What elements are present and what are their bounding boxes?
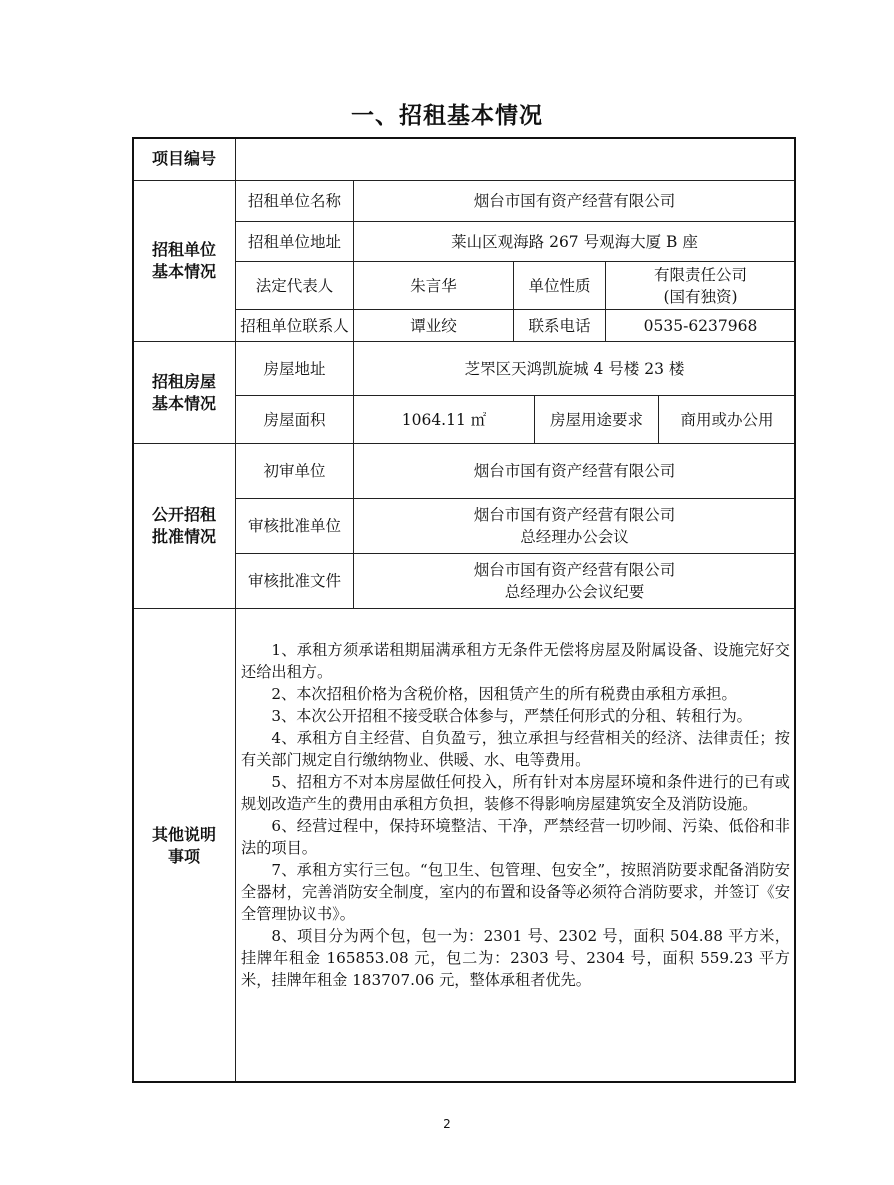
note-item: 1、承租方须承诺租期届满承租方无条件无偿将房屋及附属设备、设施完好交还给出租方。 [241, 639, 790, 683]
initial-review-value-text: 烟台市国有资产经营有限公司 [474, 460, 676, 482]
approval-doc-label-text: 审核批准文件 [248, 570, 341, 592]
project-code-value [235, 137, 796, 181]
note-item: 7、承租方实行三包。“包卫生、包管理、包安全”，按照消防要求配备消防安全器材，完… [241, 859, 790, 925]
contact-person-label-text: 招租单位联系人 [240, 315, 349, 337]
legal-rep-label-text: 法定代表人 [256, 275, 334, 297]
note-item: 6、经营过程中，保持环境整洁、干净，严禁经营一切吵闹、污染、低俗和非法的项目。 [241, 815, 790, 859]
approval-doc-value-line1: 烟台市国有资产经营有限公司 [474, 559, 676, 581]
contact-person-value: 谭业绞 [353, 309, 514, 342]
approval-unit-value-line1: 烟台市国有资产经营有限公司 [474, 504, 676, 526]
lessor-section-label: 招租单位 基本情况 [132, 180, 236, 342]
contact-phone-label-text: 联系电话 [528, 315, 590, 337]
property-section-label-line2: 基本情况 [152, 393, 216, 415]
contact-phone-value-text: 0535-6237968 [644, 315, 758, 337]
lessor-name-label-text: 招租单位名称 [248, 190, 341, 212]
notes-section-label-line1: 其他说明 [152, 824, 216, 846]
lessor-address-value: 莱山区观海路 267 号观海大厦 B 座 [353, 221, 796, 262]
project-code-label: 项目编号 [132, 137, 236, 181]
property-area-value-text: 1064.11 ㎡ [402, 409, 487, 431]
notes-list: 1、承租方须承诺租期届满承租方无条件无偿将房屋及附属设备、设施完好交还给出租方。… [236, 609, 794, 1081]
approval-unit-label-text: 审核批准单位 [248, 515, 341, 537]
property-section-label: 招租房屋 基本情况 [132, 341, 236, 444]
approval-doc-value-line2: 总经理办公会议纪要 [505, 581, 645, 603]
notes-section-label-line2: 事项 [168, 846, 200, 868]
initial-review-value: 烟台市国有资产经营有限公司 [353, 443, 796, 499]
property-area-value: 1064.11 ㎡ [353, 395, 535, 444]
notes-section-label: 其他说明 事项 [132, 608, 236, 1083]
note-item: 8、项目分为两个包，包一为：2301 号、2302 号，面积 504.88 平方… [241, 925, 790, 991]
note-item: 5、招租方不对本房屋做任何投入，所有针对本房屋环境和条件进行的已有或规划改造产生… [241, 771, 790, 815]
lessor-address-value-text: 莱山区观海路 267 号观海大厦 B 座 [451, 231, 698, 253]
note-item: 2、本次招租价格为含税价格，因租赁产生的所有税费由承租方承担。 [241, 683, 790, 705]
property-address-value: 芝罘区天鸿凯旋城 4 号楼 23 楼 [353, 341, 796, 396]
lessor-name-value: 烟台市国有资产经营有限公司 [353, 180, 796, 222]
lessor-name-value-text: 烟台市国有资产经营有限公司 [474, 190, 676, 212]
approval-unit-label: 审核批准单位 [235, 498, 354, 554]
note-item: 4、承租方自主经营、自负盈亏，独立承担与经营相关的经济、法律责任；按有关部门规定… [241, 727, 790, 771]
property-usage-value: 商用或办公用 [658, 395, 796, 444]
property-address-value-text: 芝罘区天鸿凯旋城 4 号楼 23 楼 [465, 358, 685, 380]
contact-person-label: 招租单位联系人 [235, 309, 354, 342]
property-area-label-text: 房屋面积 [263, 409, 325, 431]
approval-section-label-line1: 公开招租 [152, 504, 216, 526]
approval-doc-value: 烟台市国有资产经营有限公司 总经理办公会议纪要 [353, 553, 796, 609]
legal-rep-value-text: 朱言华 [410, 275, 457, 297]
lessor-address-label-text: 招租单位地址 [248, 231, 341, 253]
property-area-label: 房屋面积 [235, 395, 354, 444]
legal-rep-label: 法定代表人 [235, 261, 354, 310]
project-code-label-text: 项目编号 [152, 148, 216, 170]
approval-unit-value: 烟台市国有资产经营有限公司 总经理办公会议 [353, 498, 796, 554]
approval-section-label: 公开招租 批准情况 [132, 443, 236, 609]
lessor-address-label: 招租单位地址 [235, 221, 354, 262]
initial-review-label: 初审单位 [235, 443, 354, 499]
legal-rep-value: 朱言华 [353, 261, 514, 310]
property-section-label-line1: 招租房屋 [152, 371, 216, 393]
property-usage-label-text: 房屋用途要求 [550, 409, 643, 431]
approval-section-label-line2: 批准情况 [152, 526, 216, 548]
page-number: 2 [0, 1117, 894, 1131]
unit-nature-label-text: 单位性质 [528, 275, 590, 297]
property-address-label: 房屋地址 [235, 341, 354, 396]
lessor-section-label-line2: 基本情况 [152, 261, 216, 283]
contact-phone-value: 0535-6237968 [605, 309, 796, 342]
property-address-label-text: 房屋地址 [263, 358, 325, 380]
contact-person-value-text: 谭业绞 [410, 315, 457, 337]
property-usage-value-text: 商用或办公用 [680, 409, 773, 431]
contact-phone-label: 联系电话 [513, 309, 606, 342]
unit-nature-value-line1: 有限责任公司 [654, 264, 747, 286]
page-title: 一、招租基本情况 [0, 97, 894, 130]
unit-nature-value: 有限责任公司 (国有独资) [605, 261, 796, 310]
approval-unit-value-line2: 总经理办公会议 [520, 526, 629, 548]
unit-nature-value-line2: (国有独资) [663, 286, 737, 308]
property-usage-label: 房屋用途要求 [534, 395, 659, 444]
unit-nature-label: 单位性质 [513, 261, 606, 310]
note-item: 3、本次公开招租不接受联合体参与，严禁任何形式的分租、转租行为。 [241, 705, 790, 727]
approval-doc-label: 审核批准文件 [235, 553, 354, 609]
initial-review-label-text: 初审单位 [263, 460, 325, 482]
lessor-section-label-line1: 招租单位 [152, 239, 216, 261]
lessor-name-label: 招租单位名称 [235, 180, 354, 222]
